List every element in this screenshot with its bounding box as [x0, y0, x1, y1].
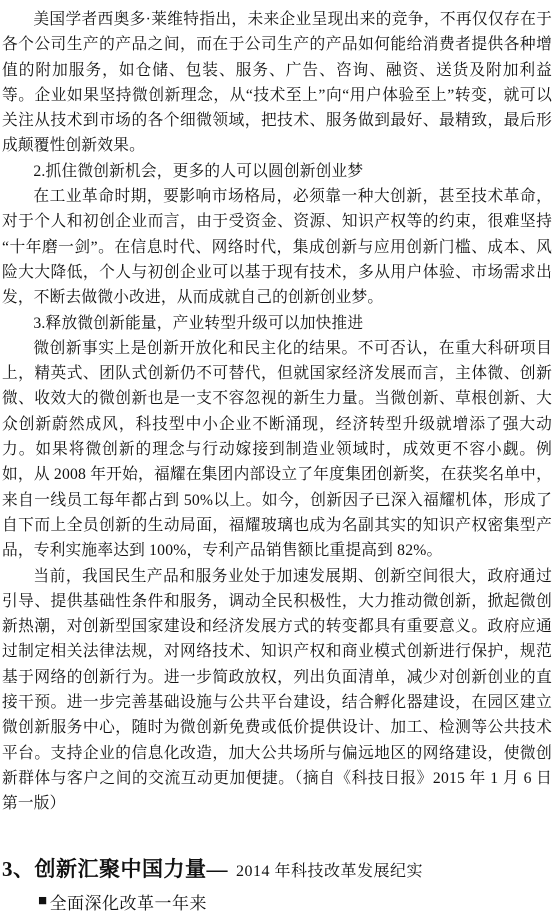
- paragraph-point-2-title: 2.抓住微创新机会，更多的人可以圆创新创业梦: [2, 159, 552, 184]
- section-heading-subtitle: 2014 年科技改革发展纪实: [236, 858, 423, 881]
- paragraph-micro-innovation: 微创新事实上是创新开放化和民主化的结果。不可否认，在重大科研项目上，精英式、团队…: [2, 336, 552, 564]
- sub-heading: ■ 全面深化改革一年来: [2, 889, 552, 914]
- paragraph-point-3-title: 3.释放微创新能量，产业转型升级可以加快推进: [2, 311, 552, 336]
- square-bullet-icon: ■: [38, 893, 48, 910]
- document-page: 美国学者西奥多·莱维特指出，未来企业呈现出来的竞争，不再仅仅存在于各个公司生产的…: [0, 0, 554, 914]
- section-heading: 3、创新汇聚中国力量— 2014 年科技改革发展纪实: [2, 853, 552, 883]
- paragraph-levitt-quote: 美国学者西奥多·莱维特指出，未来企业呈现出来的竞争，不再仅仅存在于各个公司生产的…: [2, 7, 552, 159]
- section-heading-title: 3、创新汇聚中国力量—: [2, 853, 228, 883]
- paragraph-industrial-era: 在工业革命时期，要影响市场格局，必须靠一种大创新，甚至技术革命，对于个人和初创企…: [2, 184, 552, 310]
- sub-heading-text: 全面深化改革一年来: [50, 889, 208, 914]
- paragraph-government-policy: 当前，我国民生产品和服务业处于加速发展期、创新空间很大，政府通过引导、提供基础性…: [2, 564, 552, 817]
